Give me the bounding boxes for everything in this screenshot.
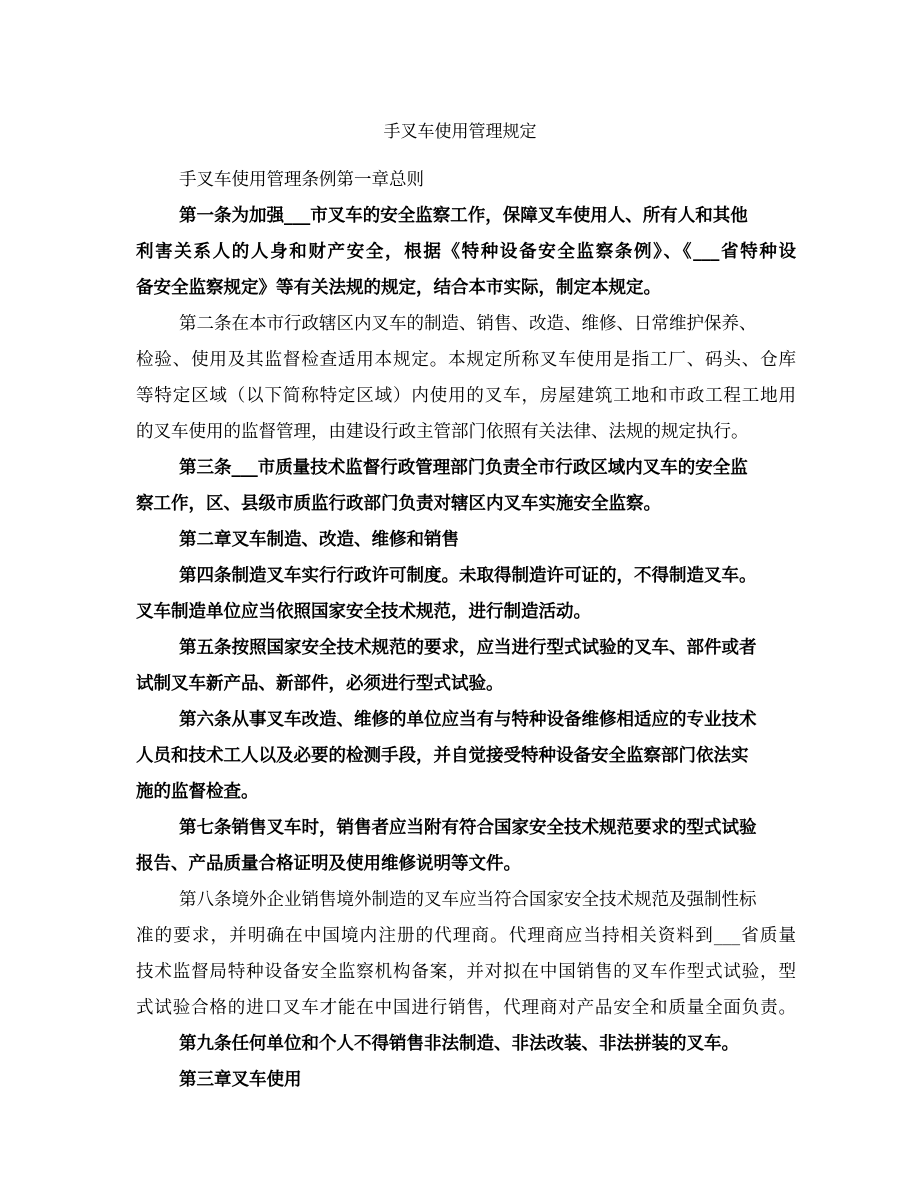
article-3-line-2: 察工作，区、县级市质监行政部门负责对辖区内叉车实施安全监察。 xyxy=(136,492,796,516)
article-9-line-1: 第九条任何单位和个人不得销售非法制造、非法改装、非法拼装的叉车。 xyxy=(179,1032,839,1056)
article-5-line-1: 第五条按照国家安全技术规范的要求，应当进行型式试验的叉车、部件或者 xyxy=(179,636,839,660)
chapter-2-heading: 第二章叉车制造、改造、维修和销售 xyxy=(179,528,839,552)
article-8-line-1: 第八条境外企业销售境外制造的叉车应当符合国家安全技术规范及强制性标 xyxy=(179,888,839,912)
article-2-line-2: 检验、使用及其监督检查适用本规定。本规定所称叉车使用是指工厂、码头、仓库 xyxy=(136,348,796,372)
article-4-line-2: 叉车制造单位应当依照国家安全技术规范，进行制造活动。 xyxy=(136,600,796,624)
article-8-line-2: 准的要求，并明确在中国境内注册的代理商。代理商应当持相关资料到___省质量 xyxy=(136,924,796,948)
document-title: 手叉车使用管理规定 xyxy=(0,120,920,144)
article-7-line-2: 报告、产品质量合格证明及使用维修说明等文件。 xyxy=(136,852,796,876)
article-4-line-1: 第四条制造叉车实行行政许可制度。未取得制造许可证的，不得制造叉车。 xyxy=(179,564,839,588)
article-6-line-1: 第六条从事叉车改造、维修的单位应当有与特种设备维修相适应的专业技术 xyxy=(179,708,839,732)
article-7-line-1: 第七条销售叉车时，销售者应当附有符合国家安全技术规范要求的型式试验 xyxy=(179,816,839,840)
article-2-line-3: 等特定区域（以下简称特定区域）内使用的叉车，房屋建筑工地和市政工程工地用 xyxy=(136,384,796,408)
article-6-line-2: 人员和技术工人以及必要的检测手段，并自觉接受特种设备安全监察部门依法实 xyxy=(136,744,796,768)
document-page: 手叉车使用管理规定 手叉车使用管理条例第一章总则 第一条为加强___市叉车的安全… xyxy=(0,0,920,1191)
article-6-line-3: 施的监督检查。 xyxy=(136,780,796,804)
article-2-line-4: 的叉车使用的监督管理，由建设行政主管部门依照有关法律、法规的规定执行。 xyxy=(136,420,796,444)
chapter-3-heading: 第三章叉车使用 xyxy=(179,1068,839,1092)
article-1-line-3: 备安全监察规定》等有关法规的规定，结合本市实际，制定本规定。 xyxy=(136,276,796,300)
chapter-heading: 手叉车使用管理条例第一章总则 xyxy=(179,168,839,192)
article-8-line-3: 技术监督局特种设备安全监察机构备案，并对拟在中国销售的叉车作型式试验，型 xyxy=(136,960,796,984)
article-2-line-1: 第二条在本市行政辖区内叉车的制造、销售、改造、维修、日常维护保养、 xyxy=(179,312,839,336)
article-1-line-2: 利害关系人的人身和财产安全，根据《特种设备安全监察条例》、《___省特种设 xyxy=(136,240,796,264)
article-8-line-4: 式试验合格的进口叉车才能在中国进行销售，代理商对产品安全和质量全面负责。 xyxy=(136,996,796,1020)
article-5-line-2: 试制叉车新产品、新部件，必须进行型式试验。 xyxy=(136,672,796,696)
article-3-line-1: 第三条___市质量技术监督行政管理部门负责全市行政区域内叉车的安全监 xyxy=(179,456,839,480)
article-1-line-1: 第一条为加强___市叉车的安全监察工作，保障叉车使用人、所有人和其他 xyxy=(179,204,839,228)
